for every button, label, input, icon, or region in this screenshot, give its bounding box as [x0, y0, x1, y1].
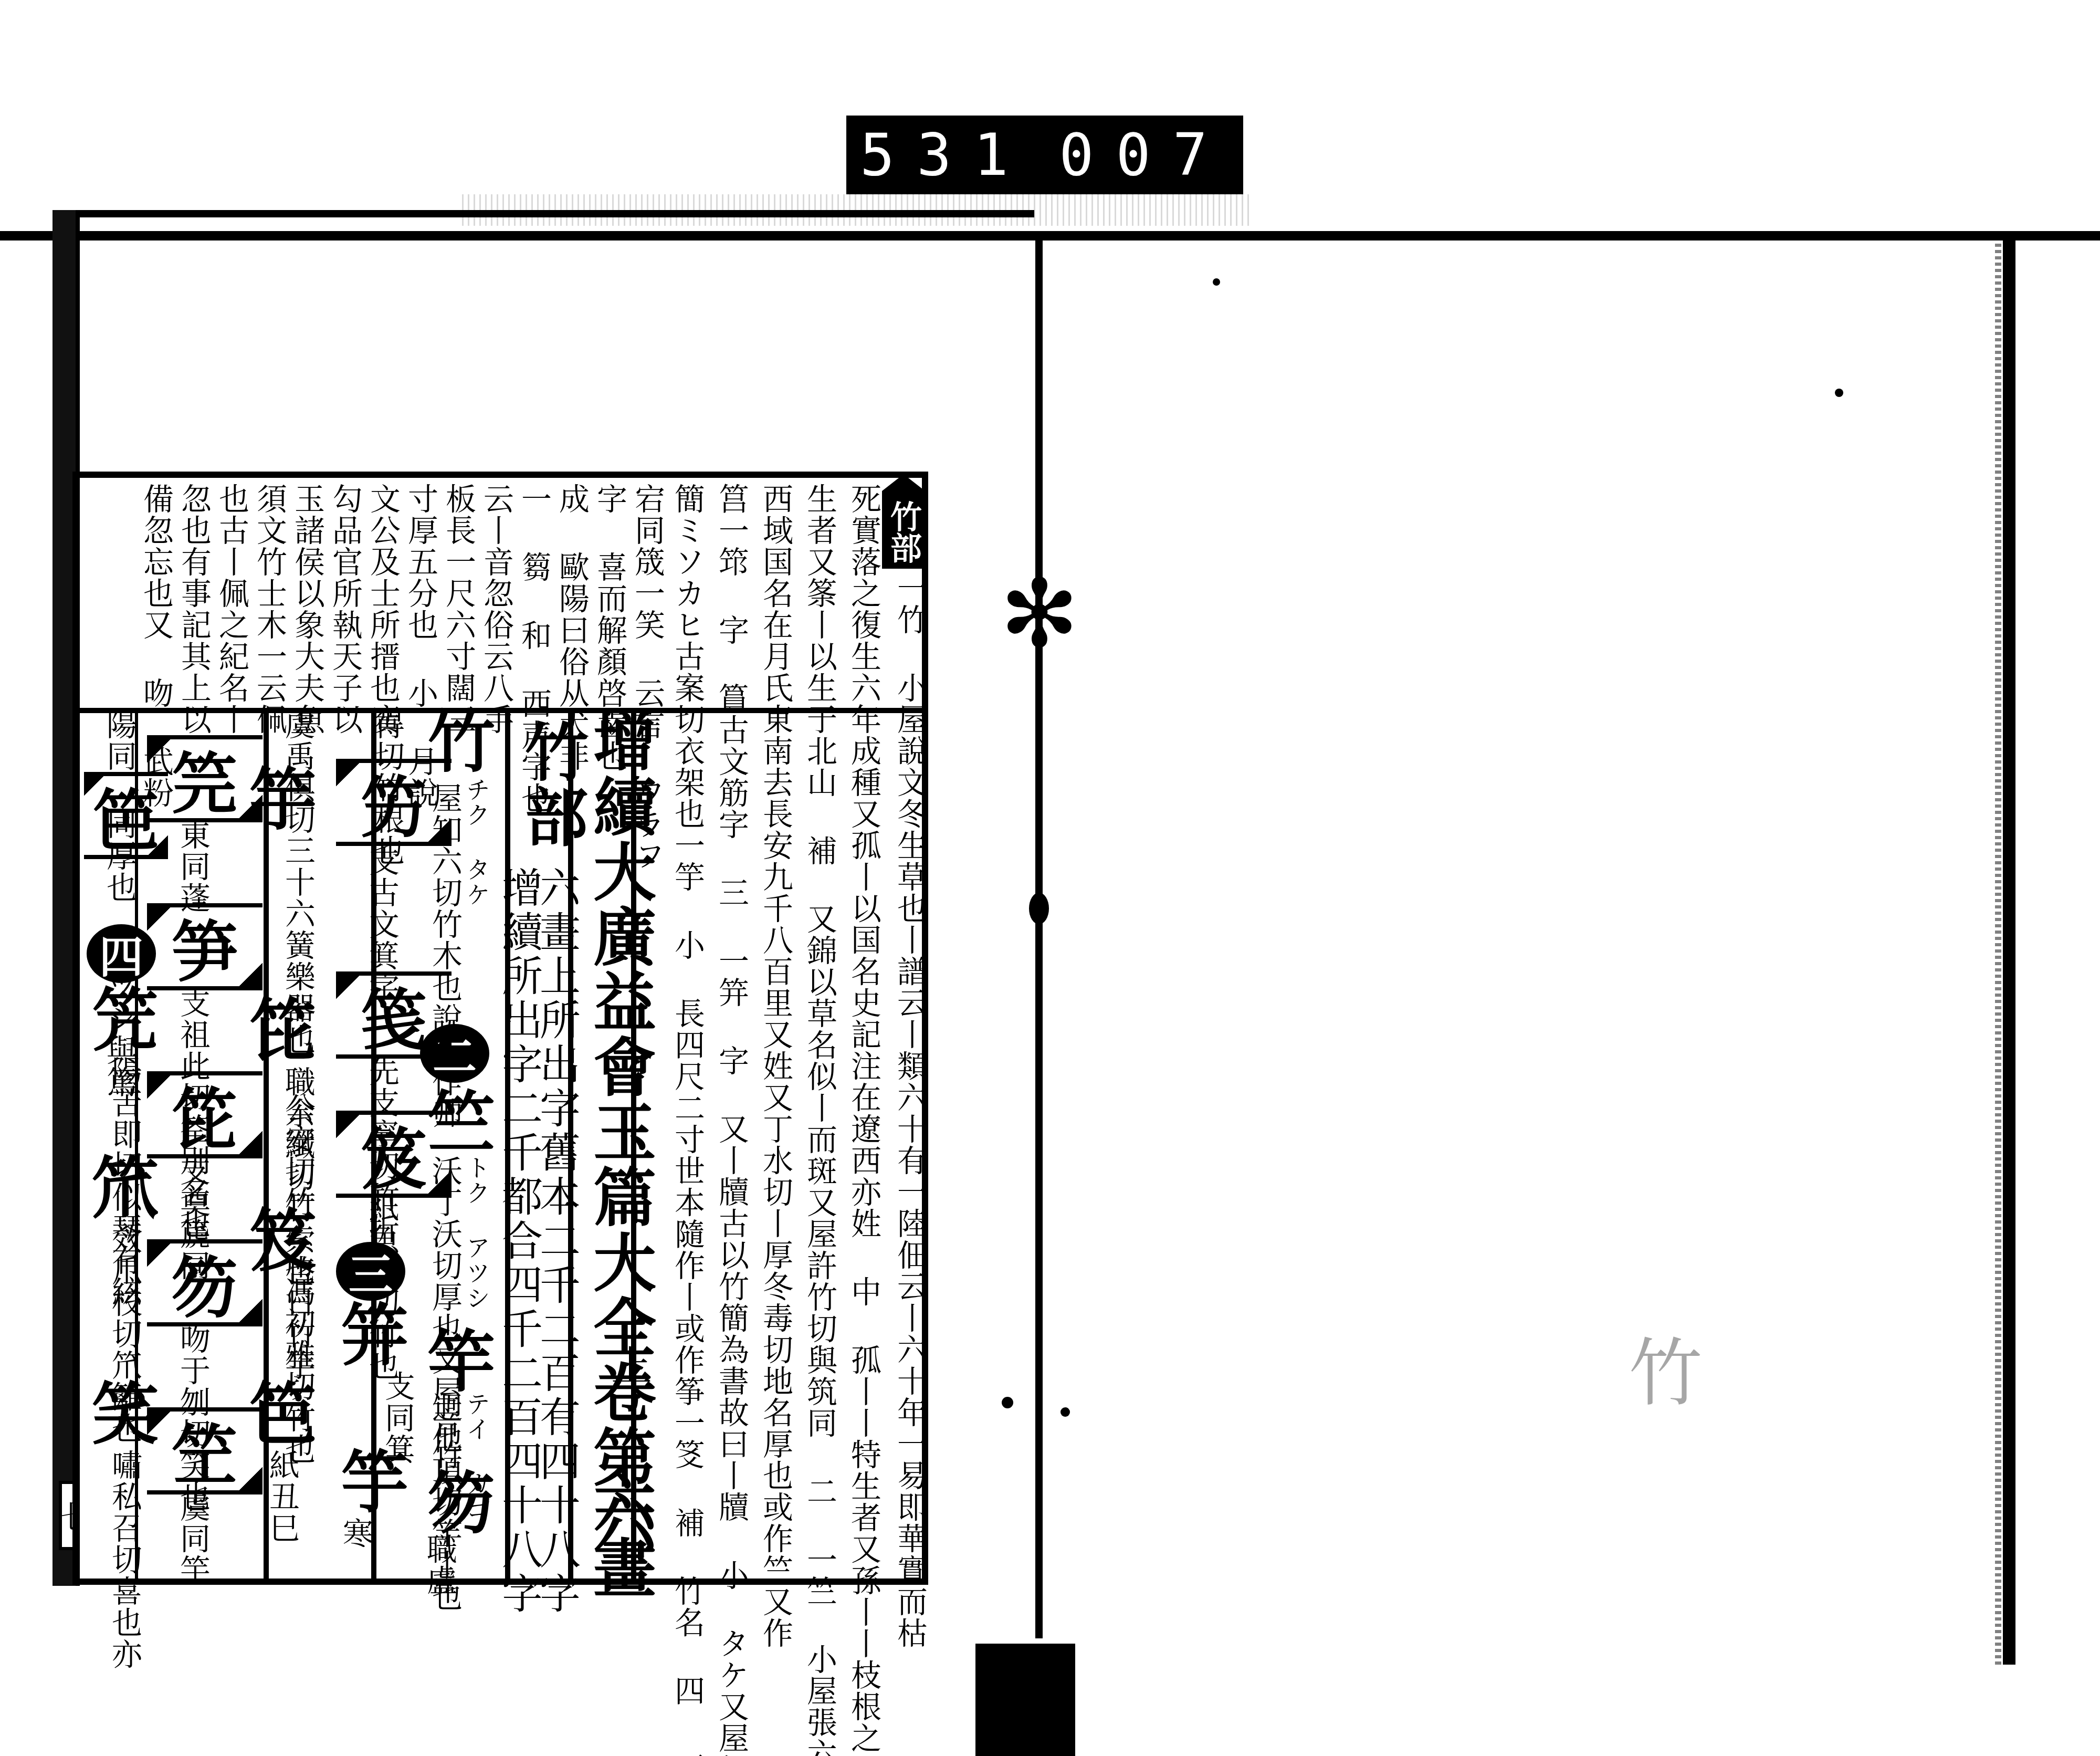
binding-stem	[1035, 231, 1043, 1638]
upper-text-column: 也古丨佩之紀名丨	[212, 483, 251, 704]
right-page-edge	[2003, 239, 2015, 1665]
ink-spot	[1060, 1407, 1070, 1417]
upper-text-column: 須文竹士木一云佩	[250, 483, 289, 704]
upper-text-column: 玉諸侯以象大夫魚	[288, 483, 327, 704]
entry-head-box: 竻	[336, 759, 451, 846]
upper-text-column: 板長一尺六寸闊三	[439, 483, 478, 704]
upper-text-column: 字 喜而解顏啓齒也	[590, 483, 629, 704]
entry-gloss: 紙丑巳	[262, 1449, 301, 1575]
stroke-count-heading: 六畫	[583, 1470, 656, 1601]
entry-gloss: 職盧	[420, 1533, 459, 1586]
horizontal-rule	[0, 231, 2100, 241]
upper-text-column: 云丨音忽俗云八手	[477, 483, 516, 704]
entry-head-char: 笄	[341, 1302, 408, 1370]
entry-gloss: 支祖此切筌別名也	[173, 987, 212, 1076]
binding-base	[975, 1644, 1075, 1756]
ink-spot	[1835, 389, 1843, 397]
entry-gloss: 支同箕	[378, 1371, 417, 1444]
entry-head-char: 笐	[92, 987, 159, 1054]
upper-text-column: 寸厚五分也 小 月說	[401, 483, 440, 704]
volume-part: 上	[603, 1344, 653, 1388]
reel-number: 531	[860, 121, 1031, 189]
right-page-texture	[1995, 239, 2001, 1665]
page-top-edge	[73, 210, 1034, 217]
binding-knot	[1029, 893, 1049, 924]
upper-text-column: 成 歐陽曰俗从犬非	[552, 483, 591, 704]
entry-gloss: 職余纖切竹索也	[278, 1066, 317, 1224]
entry-head-char: 竽	[341, 1449, 408, 1517]
entry-gloss: 吻于刎切笑也	[173, 1323, 212, 1413]
entry-gloss: 效爪校切笊籬也	[105, 1224, 144, 1381]
entry-head-char: 笓	[249, 998, 317, 1065]
radical-heading: 竹部	[514, 719, 588, 850]
entry-reading: チク タケ	[462, 777, 491, 907]
entry-head-char: 笑	[92, 1381, 159, 1448]
entry-gloss: 東同蓬	[173, 819, 212, 908]
upper-text-column: 一 篘 和 西声字也	[514, 483, 553, 704]
entry-head-box: 笆	[84, 772, 168, 859]
entry-head-box: 笺	[336, 971, 451, 1059]
entry-gloss: 虞禹俱切三十六簧樂器也 公安切竹 啓日竹竽	[278, 709, 317, 971]
entry-head-box: 笋	[147, 903, 262, 990]
upper-text-column: 死實落之復生六年成種又孤丨以国名史記注在遼西亦姓 中 孤丨丨特生者又孫丨丨枝根之	[844, 483, 883, 1565]
summary-line-new: 增續所出字二千都合四千二百四十八字	[493, 866, 544, 1570]
entry-gloss: 寒	[336, 1518, 375, 1570]
entry-head-box: 笏	[147, 1239, 262, 1326]
upper-text-column: 簡ミソカヒ古案切衣架也一竽 小 長四尺二寸世本隨作丨或作筝一笅 補 竹名 四 一…	[668, 483, 707, 1565]
entry-head-box: 笓	[147, 1071, 262, 1158]
frame-number: 007	[1059, 121, 1230, 189]
entry-head-char: 笏	[428, 1470, 495, 1538]
entry-head-char: 竿	[428, 1329, 495, 1396]
upper-text-column: 筥一筇 字 篔古文筋字 三 一笄 字 又丨牘古以竹簡為書故曰丨牘 小 タケ又屋紐…	[712, 483, 751, 1565]
entry-reading: トク アツシ	[462, 1155, 491, 1311]
upper-text-column: 備忽忘也又 吻 武粉	[136, 483, 175, 704]
stroke-marker-4: 四	[87, 924, 156, 983]
radical-tab-badge: 竹部	[882, 491, 925, 569]
entry-gloss: 陽苦即切似琴有絃	[105, 1055, 144, 1161]
ink-spot	[1213, 278, 1220, 286]
upper-text-column: 文公及士所搢也廣	[363, 483, 402, 704]
ink-spot	[1002, 1397, 1013, 1408]
entry-gloss: 支古文箕字	[362, 845, 401, 977]
entry-gloss: 支奠篪同	[173, 1155, 212, 1245]
entry-gloss: 嘯私召切喜也亦	[105, 1449, 144, 1575]
entry-head-char: 笊	[92, 1155, 159, 1222]
bleed-through-glyph: 竹	[1606, 1334, 1712, 1407]
entry-head-box: 笈	[336, 1111, 451, 1198]
upper-text-column: 勾品官所執天子以	[325, 483, 364, 704]
binding-sprig-icon: ✻	[997, 557, 1081, 672]
entry-head-box: 笁	[147, 1407, 262, 1494]
stroke-marker-3: 三	[336, 1242, 405, 1301]
upper-text-column: 生者又筿丨以生于北山 補 又錦以草名似丨而斑又屋許竹切與筑同 二 一竺 小屋張六…	[800, 483, 839, 1565]
upper-text-column: 西域国名在月氏東南去長安九千八百里又姓又丁水切丨厚冬毒切地名厚也或作竺又作	[756, 483, 795, 1565]
upper-text-column: 一竹 小屋說文冬生草也丨譜云丨類六十有一陸佃云丨六十年一易即華實而枯	[890, 572, 929, 1570]
upper-text-column: 宕同筬一笑 云言 ワラフ	[628, 483, 667, 704]
film-counter: 531 007	[846, 116, 1243, 194]
upper-text-column: 忽也有事記其上以	[174, 483, 213, 704]
entry-gloss: 虞同竽	[173, 1491, 212, 1581]
